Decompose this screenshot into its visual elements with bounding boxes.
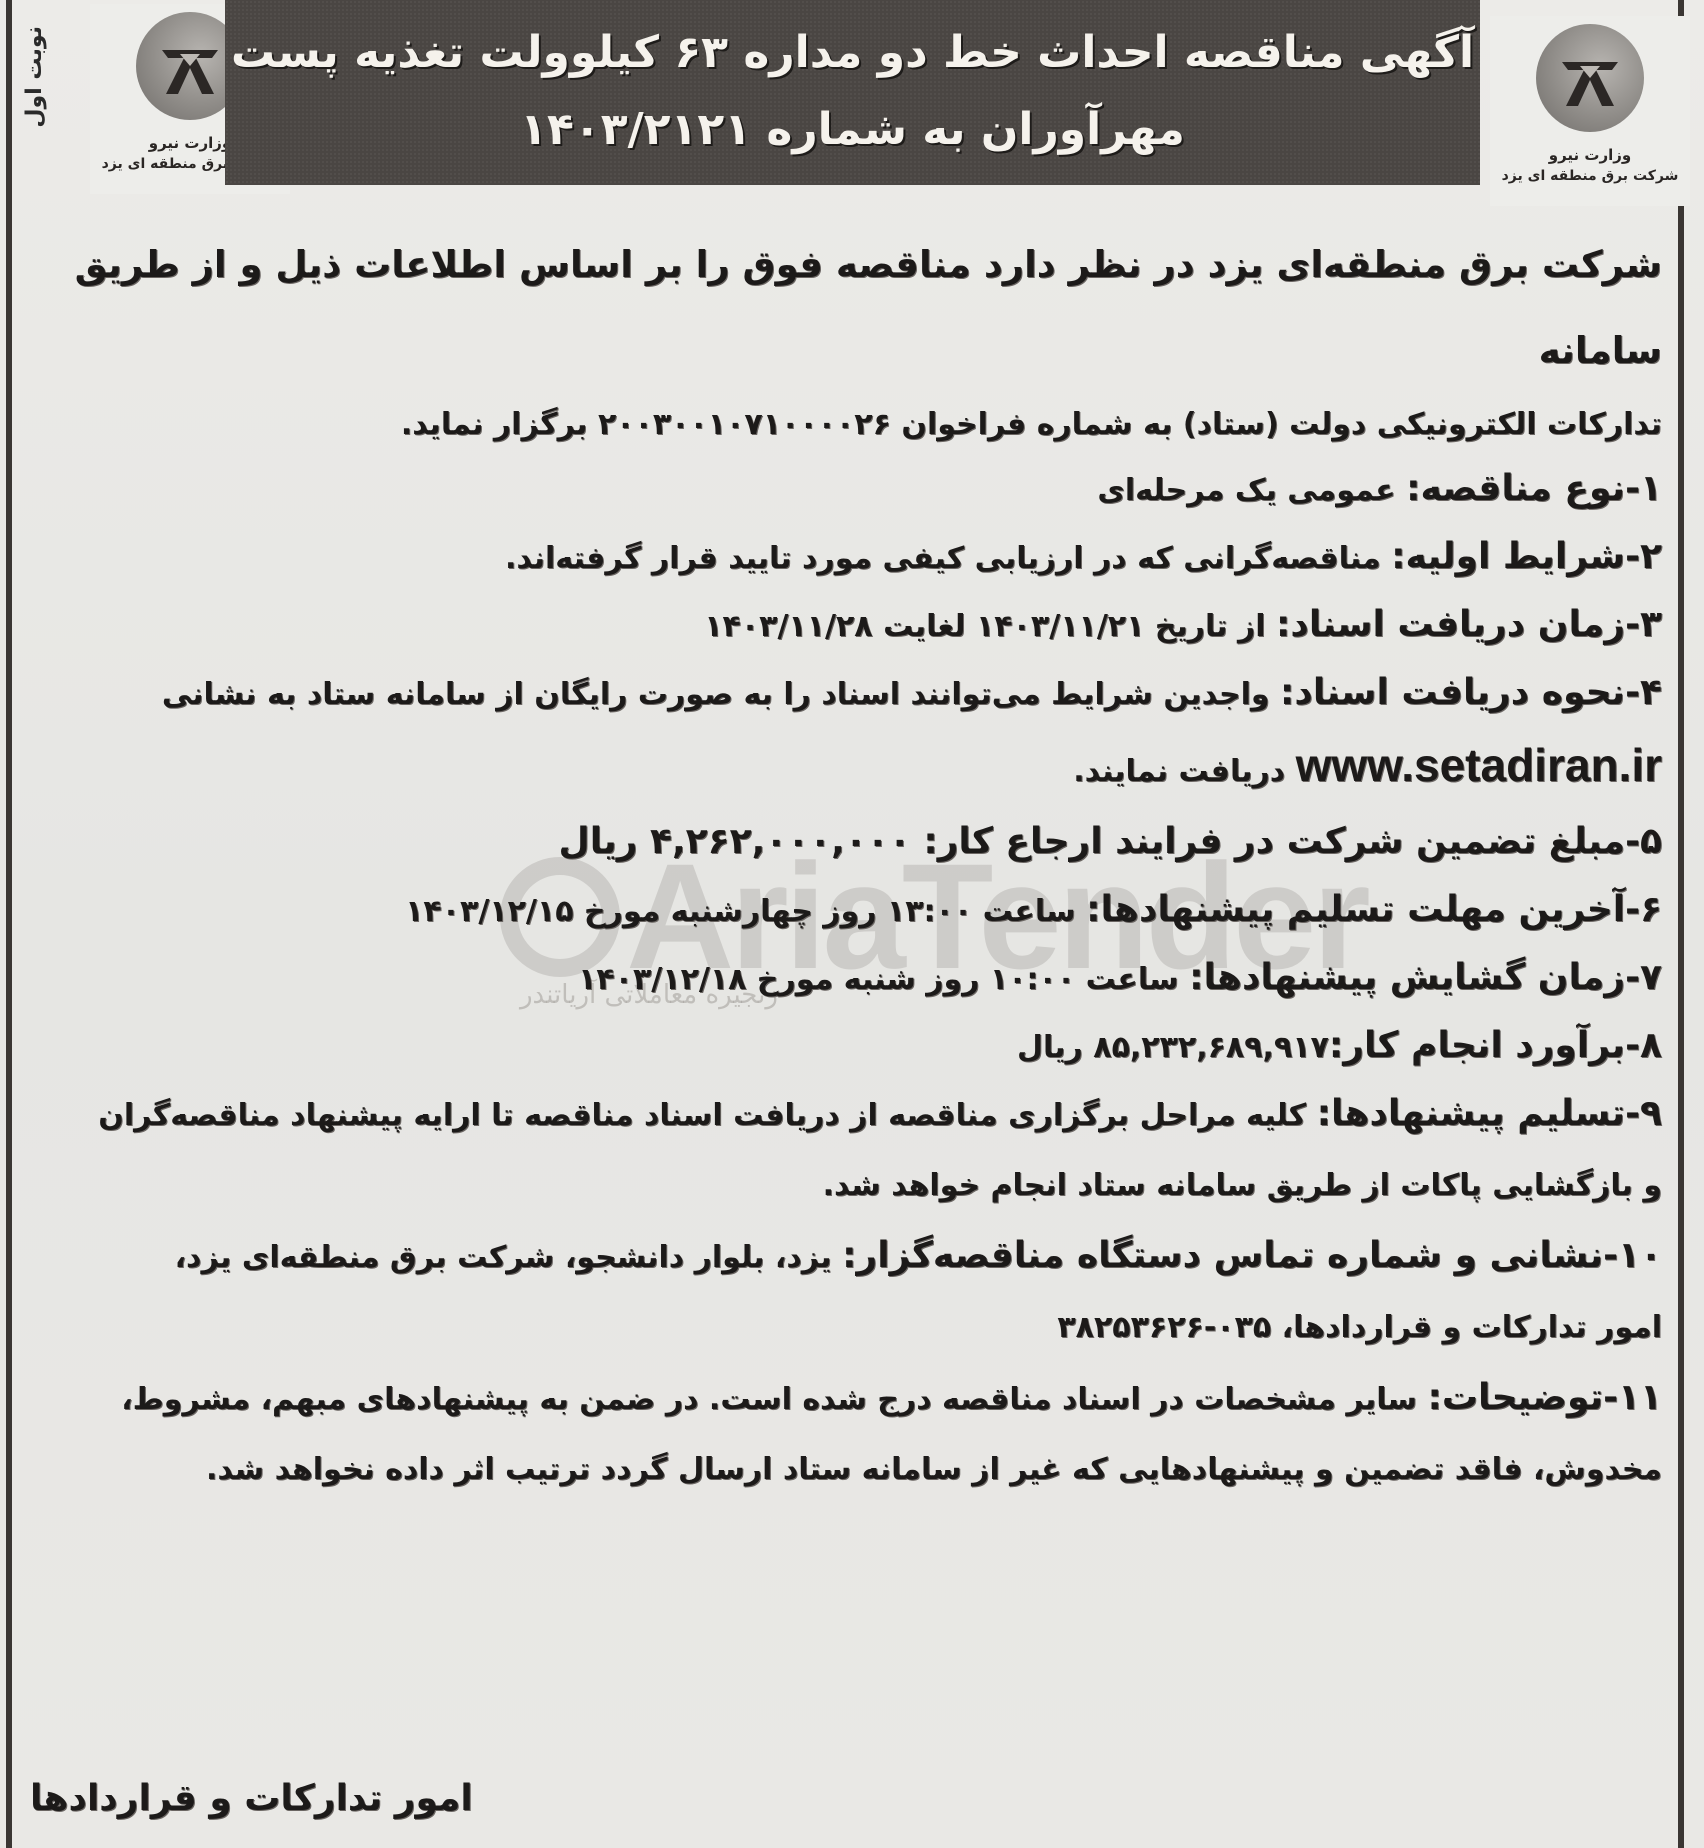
logo-ministry-text: وزارت نیرو [1549, 146, 1631, 164]
frame-line-right [1678, 0, 1684, 1848]
item-label: آخرین مهلت تسلیم پیشنهادها: [1086, 889, 1625, 930]
notice-body: شرکت برق منطقه‌ای یزد در نظر دارد مناقصه… [30, 222, 1670, 1507]
title-banner: آگهی مناقصه احداث خط دو مداره ۶۳ کیلوولت… [225, 0, 1480, 185]
item-opening-time: ۷-زمان گشایش پیشنهادها: ساعت ۱۰:۰۰ روز ش… [30, 945, 1670, 1013]
item-label: زمان دریافت اسناد: [1276, 604, 1625, 645]
logo-company-text: شرکت برق منطقه ای یزد [1502, 168, 1679, 184]
item-value: ساعت ۱۳:۰۰ روز چهارشنبه مورخ ۱۴۰۳/۱۲/۱۵ [405, 894, 1086, 929]
item-bid-bond: ۵-مبلغ تضمین شرکت در فرایند ارجاع کار: ۴… [30, 809, 1670, 877]
item-label: تسلیم پیشنهادها: [1317, 1093, 1625, 1134]
item-label: برآورد انجام کار: [1329, 1025, 1625, 1066]
item-bid-submission-cont: و بازگشایی پاکات از طریق سامانه ستاد انج… [30, 1149, 1670, 1223]
item-tender-type: ۱-نوع مناقصه: عمومی یک مرحله‌ای [30, 456, 1670, 524]
item-value: کلیه مراحل برگزاری مناقصه از دریافت اسنا… [98, 1098, 1316, 1133]
item-notes: ۱۱-توضیحات: سایر مشخصات در اسناد مناقصه … [30, 1365, 1670, 1433]
item-label: نوع مناقصه: [1406, 468, 1625, 509]
item-submission-deadline: ۶-آخرین مهلت تسلیم پیشنهادها: ساعت ۱۳:۰۰… [30, 877, 1670, 945]
item-value: از تاریخ ۱۴۰۳/۱۱/۲۱ لغایت ۱۴۰۳/۱۱/۲۸ [704, 609, 1276, 644]
item-label: نحوه دریافت اسناد: [1280, 672, 1625, 713]
item-value: واجدین شرایط می‌توانند اسناد را به صورت … [162, 677, 1280, 712]
intro-line-1: شرکت برق منطقه‌ای یزد در نظر دارد مناقصه… [30, 222, 1670, 394]
item-value: یزد، بلوار دانشجو، شرکت برق منطقه‌ای یزد… [175, 1240, 842, 1275]
item-label: مبلغ تضمین شرکت در فرایند ارجاع کار: [923, 821, 1625, 862]
item-contact: ۱۰-نشانی و شماره تماس دستگاه مناقصه‌گزار… [30, 1223, 1670, 1291]
item-value: ۴,۲۶۲,۰۰۰,۰۰۰ ریال [558, 821, 923, 862]
signature: امور تدارکات و قراردادها [30, 1778, 473, 1819]
item-value: ساعت ۱۰:۰۰ روز شنبه مورخ ۱۴۰۳/۱۲/۱۸ [578, 962, 1189, 997]
logo-ministry-text: وزارت نیرو [149, 134, 231, 152]
item-label: شرایط اولیه: [1391, 536, 1625, 577]
item-document-method-cont: www.setadiran.ir دریافت نمایند. [30, 728, 1670, 809]
logo-right: وزارت نیرو شرکت برق منطقه ای یزد [1490, 16, 1690, 206]
item-value: عمومی یک مرحله‌ای [1097, 473, 1406, 508]
tavanir-logo-icon [1536, 24, 1644, 132]
setad-url-link[interactable]: www.setadiran.ir [1296, 739, 1662, 791]
item-label: زمان گشایش پیشنهادها: [1189, 957, 1625, 998]
intro-line-2: تدارکات الکترونیکی دولت (ستاد) به شماره … [30, 394, 1670, 456]
item-bid-submission: ۹-تسلیم پیشنهادها: کلیه مراحل برگزاری من… [30, 1081, 1670, 1149]
item-initial-conditions: ۲-شرایط اولیه: مناقصه‌گرانی که در ارزیاب… [30, 524, 1670, 592]
frame-line-left [6, 0, 12, 1848]
item-label: توضیحات: [1427, 1377, 1603, 1418]
item-document-period: ۳-زمان دریافت اسناد: از تاریخ ۱۴۰۳/۱۱/۲۱… [30, 592, 1670, 660]
title-line-2: مهرآوران به شماره ۱۴۰۳/۲۱۲۱ [520, 90, 1185, 170]
first-round-label: نوبت اول [22, 26, 47, 128]
item-value: ۸۵,۲۳۲,۶۸۹,۹۱۷ ریال [1017, 1030, 1329, 1065]
item-contact-cont: امور تدارکات و قراردادها، ۰۳۵-۳۸۲۵۳۶۲۶ [30, 1291, 1670, 1365]
tender-notice-page: نوبت اول وزارت نیرو شرکت برق منطقه ای یز… [0, 0, 1704, 1848]
item-notes-cont: مخدوش، فاقد تضمین و پیشنهادهایی که غیر ا… [30, 1433, 1670, 1507]
item-label: نشانی و شماره تماس دستگاه مناقصه‌گزار: [842, 1235, 1603, 1276]
title-line-1: آگهی مناقصه احداث خط دو مداره ۶۳ کیلوولت… [231, 16, 1474, 90]
item-value: سایر مشخصات در اسناد مناقصه درج شده است.… [121, 1382, 1427, 1417]
item-value: مناقصه‌گرانی که در ارزیابی کیفی مورد تای… [505, 541, 1391, 576]
item-document-method: ۴-نحوه دریافت اسناد: واجدین شرایط می‌توا… [30, 660, 1670, 728]
item-estimate: ۸-برآورد انجام کار:۸۵,۲۳۲,۶۸۹,۹۱۷ ریال [30, 1013, 1670, 1081]
